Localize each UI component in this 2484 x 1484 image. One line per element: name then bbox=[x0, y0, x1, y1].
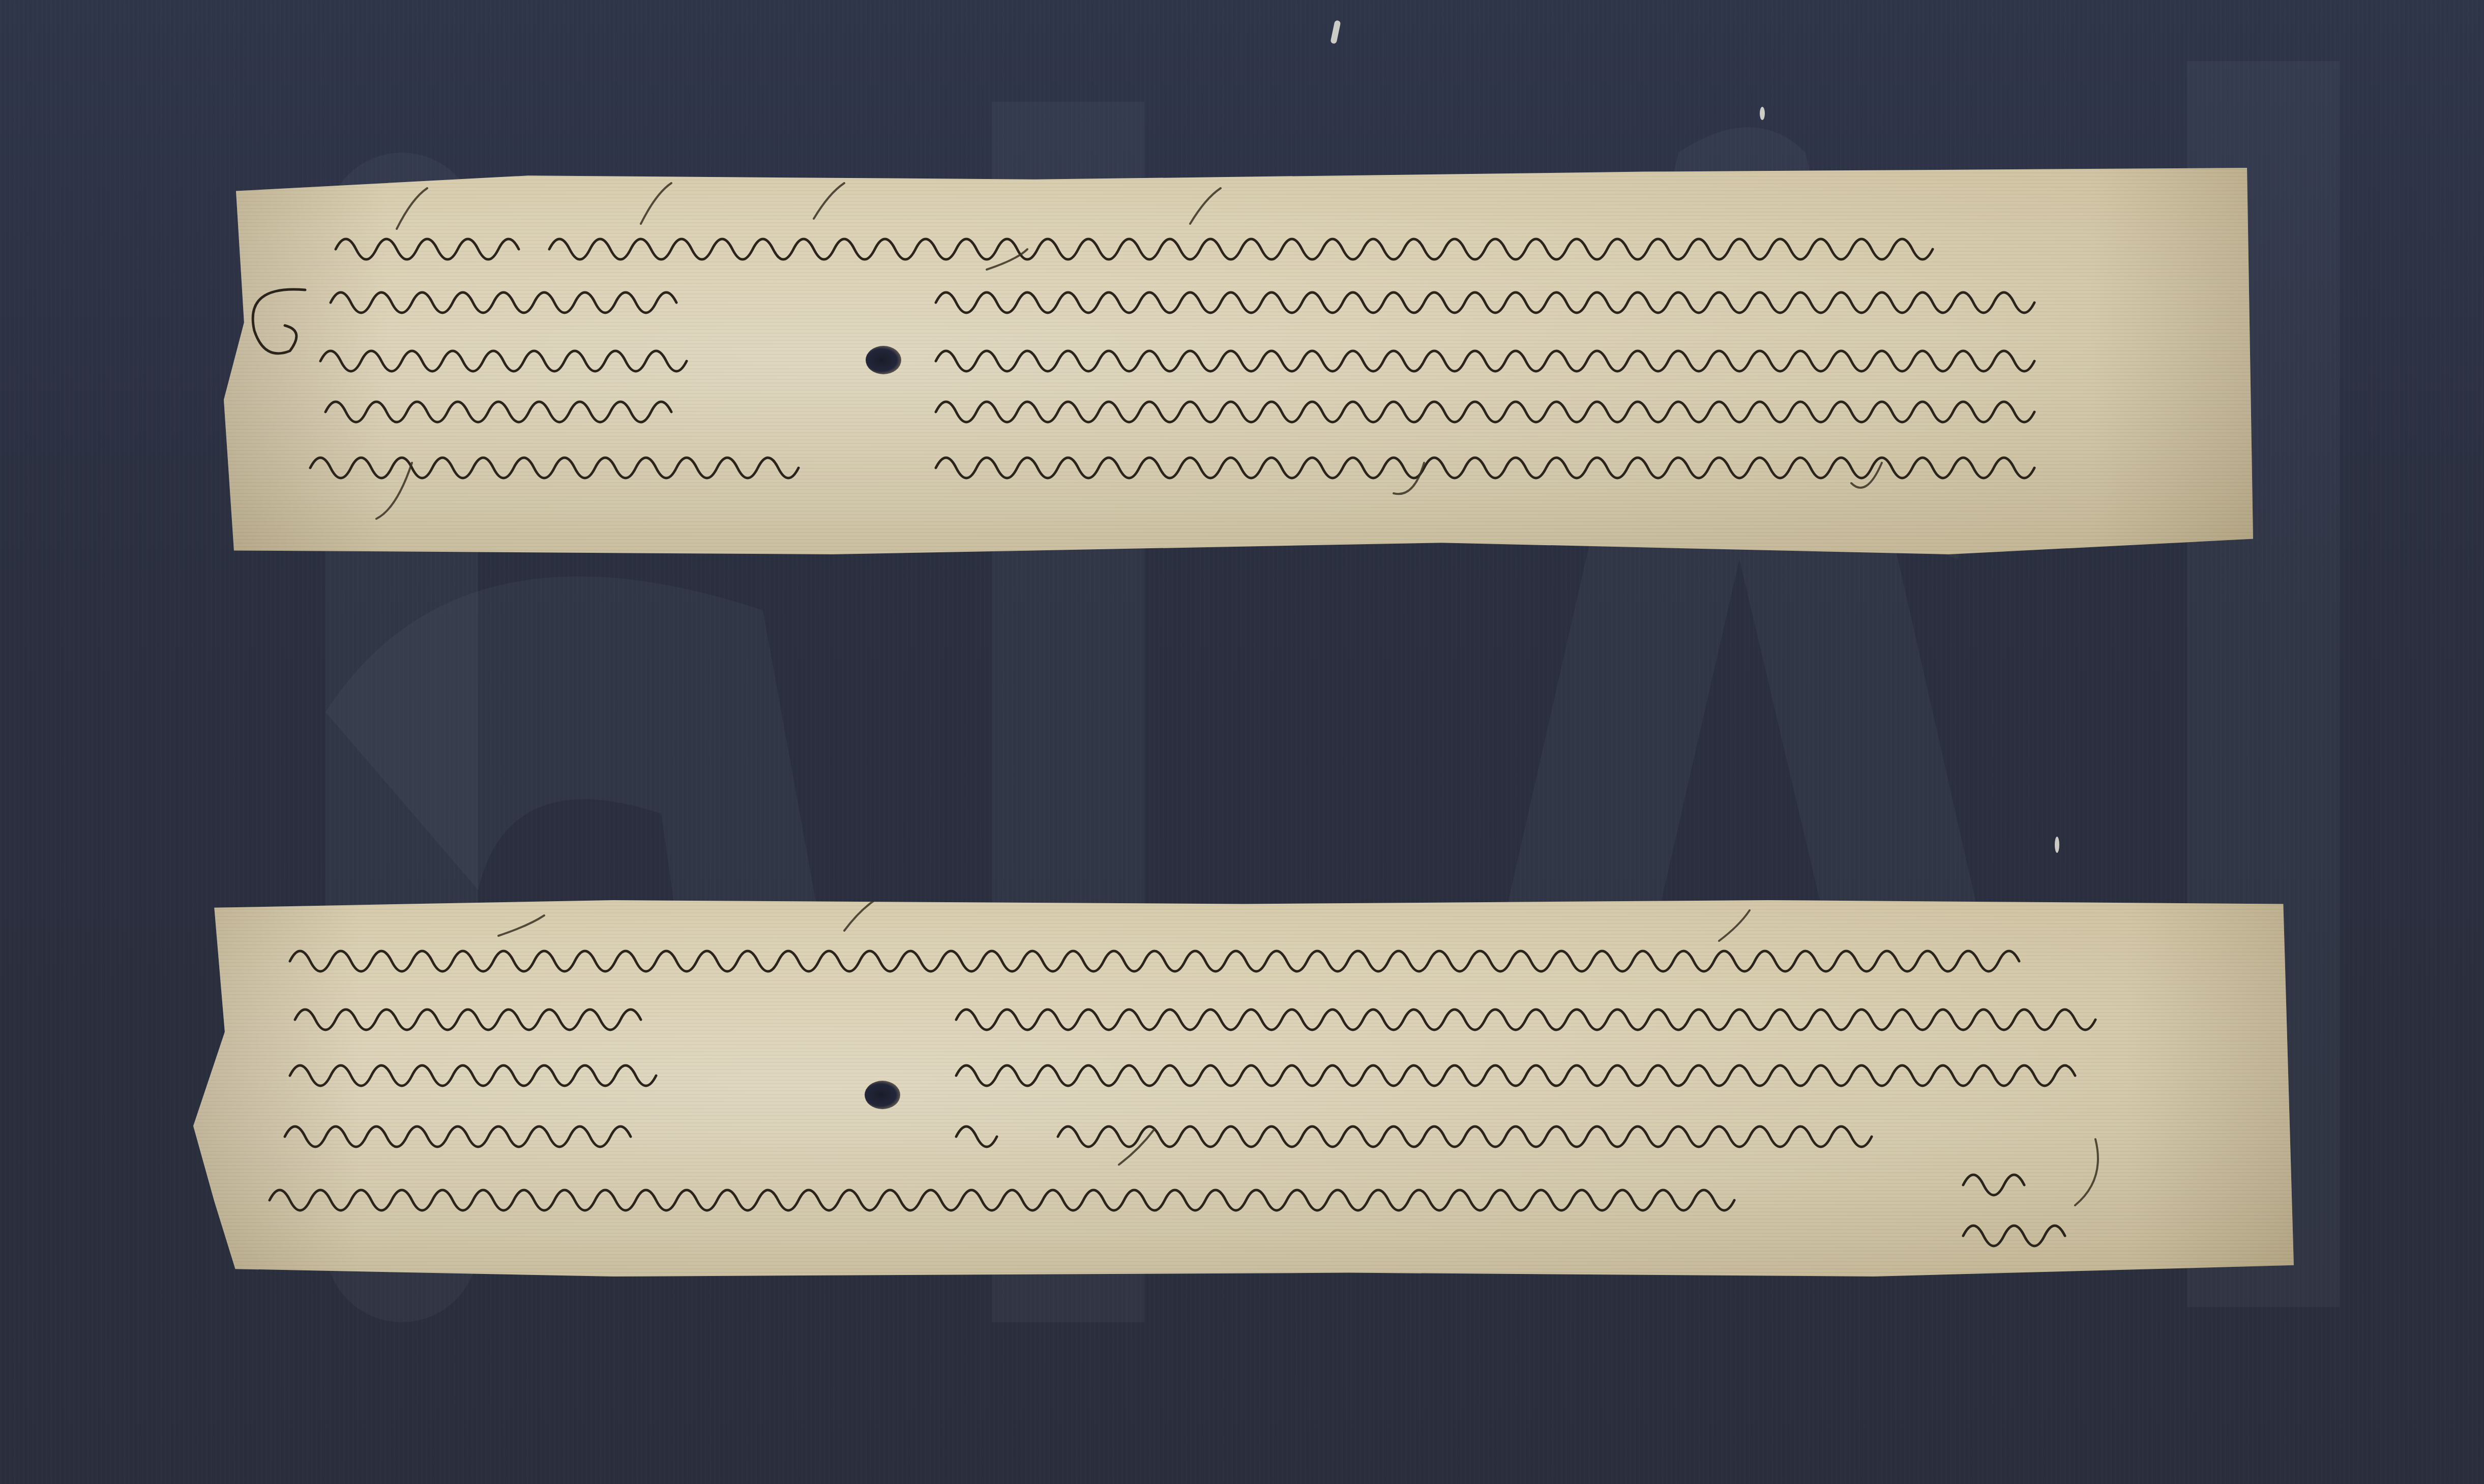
palm-leaf-upper bbox=[224, 168, 2253, 554]
palm-leaf-lower bbox=[193, 900, 2294, 1277]
dust-speck bbox=[1760, 107, 1765, 120]
manuscript-text-lower bbox=[193, 900, 2294, 1277]
manuscript-text-upper bbox=[224, 168, 2253, 554]
dust-speck bbox=[2055, 837, 2059, 853]
